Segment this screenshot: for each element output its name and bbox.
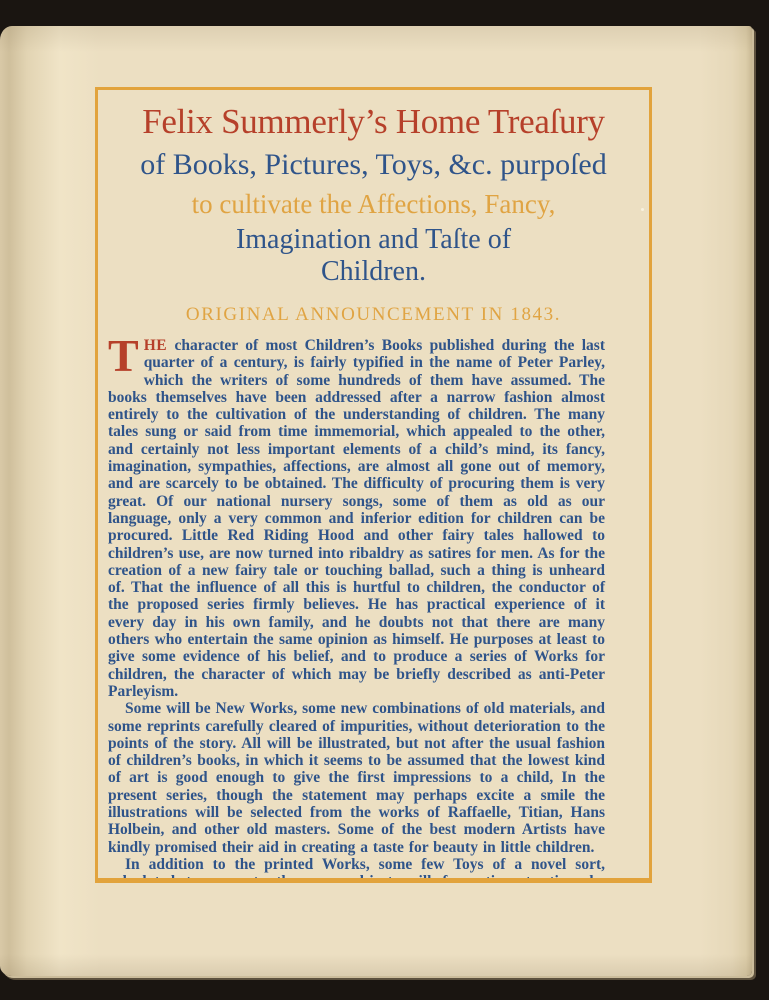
announcement-paragraph-1: THE character of most Children’s Books p… bbox=[108, 337, 605, 700]
masthead-subtitle-2: to cultivate the Affections, Fancy, bbox=[98, 189, 649, 219]
announcement-paragraph-2: Some will be New Works, some new combina… bbox=[108, 700, 605, 856]
lead-in-caps: HE bbox=[144, 337, 167, 354]
announcement-paragraph-3: In addition to the printed Works, some f… bbox=[108, 856, 605, 883]
ornamental-border-frame: Felix Summerly’s Home Treaſury of Books,… bbox=[95, 87, 652, 883]
section-heading: ORIGINAL ANNOUNCEMENT IN 1843. bbox=[98, 305, 649, 325]
photo-background: Felix Summerly’s Home Treaſury of Books,… bbox=[0, 0, 769, 1000]
paragraph-1-text: character of most Children’s Books publi… bbox=[108, 337, 605, 700]
masthead-subtitle-3: Imagination and Taſte of bbox=[98, 224, 649, 255]
announcement-body: THE character of most Children’s Books p… bbox=[108, 337, 605, 883]
masthead-subtitle-4: Children. bbox=[98, 256, 649, 287]
drop-cap-initial: T bbox=[108, 337, 139, 373]
masthead-subtitle-1: of Books, Pictures, Toys, &c. purpoſed bbox=[98, 148, 649, 182]
book-page: Felix Summerly’s Home Treaſury of Books,… bbox=[0, 26, 752, 976]
masthead-title: Felix Summerly’s Home Treaſury bbox=[98, 103, 649, 141]
